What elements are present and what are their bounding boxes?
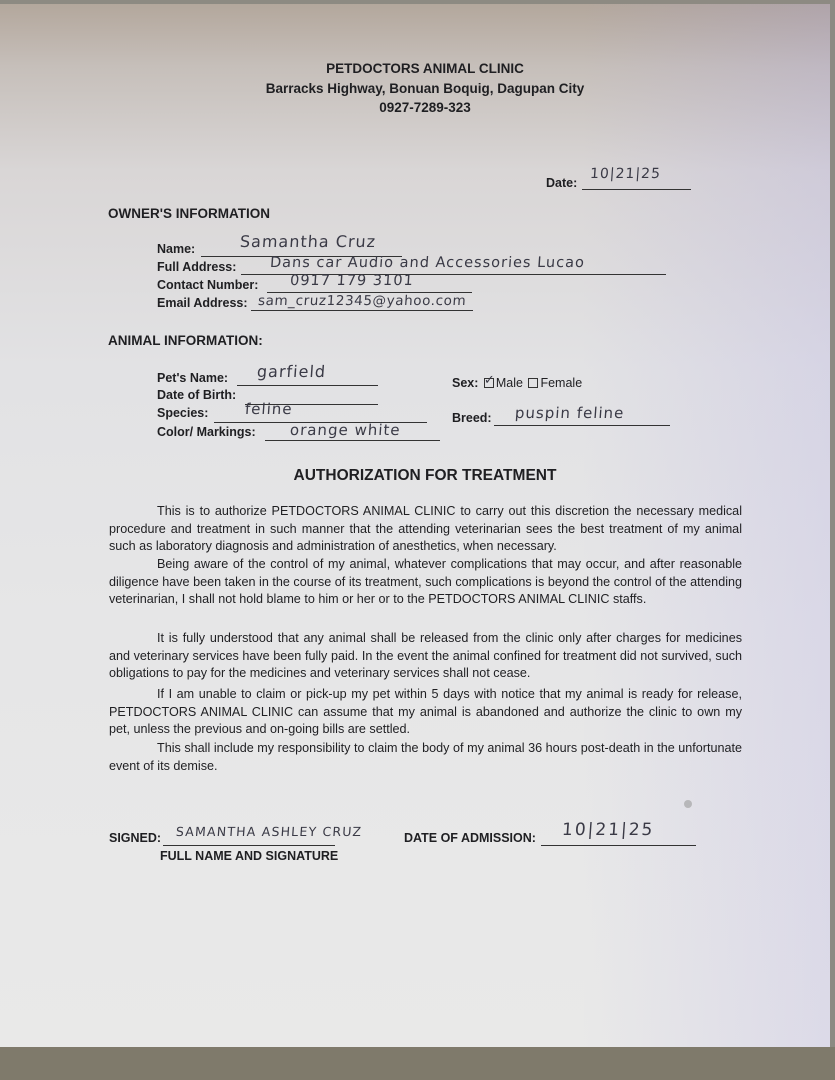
owner-email-line [251, 310, 473, 311]
smudge-mark [684, 800, 692, 808]
date-of-admission-value[interactable]: 10|21|25 [561, 820, 655, 840]
owner-section-title: OWNER'S INFORMATION [108, 206, 270, 221]
authorization-title: AUTHORIZATION FOR TREATMENT [0, 467, 835, 485]
owner-address-value[interactable]: Dans car Audio and Accessories Lucao [269, 255, 585, 271]
date-line [582, 189, 691, 190]
sex-female-label: Female [540, 376, 582, 390]
species-value[interactable]: feline [244, 400, 293, 418]
signature-caption: FULL NAME AND SIGNATURE [160, 849, 338, 863]
species-label: Species: [157, 406, 208, 420]
sex-male-label: Male [496, 376, 523, 390]
background-surface [0, 1047, 835, 1080]
dob-label: Date of Birth: [157, 388, 236, 402]
breed-value[interactable]: puspin feline [514, 404, 625, 422]
owner-contact-value[interactable]: 0917 179 3101 [289, 273, 414, 289]
color-markings-line [265, 440, 440, 441]
clinic-phone: 0927-7289-323 [0, 100, 835, 115]
clinic-address: Barracks Highway, Bonuan Boquig, Dagupan… [0, 81, 835, 96]
sex-label: Sex: [452, 376, 478, 390]
pet-name-line [237, 385, 378, 386]
color-markings-label: Color/ Markings: [157, 425, 256, 439]
animal-section-title: ANIMAL INFORMATION: [108, 333, 263, 348]
owner-contact-label: Contact Number: [157, 278, 258, 292]
date-of-admission-label: DATE OF ADMISSION: [404, 831, 536, 845]
signature-line [163, 845, 335, 846]
owner-name-value[interactable]: Samantha Cruz [239, 232, 376, 251]
clinic-name: PETDOCTORS ANIMAL CLINIC [0, 61, 835, 76]
breed-line [494, 425, 670, 426]
color-markings-value[interactable]: orange white [289, 421, 401, 439]
signed-label: SIGNED: [109, 831, 161, 845]
date-value[interactable]: 10|21|25 [589, 166, 661, 182]
sex-field: Sex: Male Female [452, 376, 582, 390]
owner-email-label: Email Address: [157, 296, 248, 310]
authorization-paragraph-1: This is to authorize PETDOCTORS ANIMAL C… [109, 503, 742, 556]
breed-label: Breed: [452, 411, 492, 425]
owner-name-label: Name: [157, 242, 195, 256]
authorization-paragraph-4: If I am unable to claim or pick-up my pe… [109, 686, 742, 739]
owner-email-value[interactable]: sam_cruz12345@yahoo.com [257, 293, 466, 309]
pet-name-label: Pet's Name: [157, 371, 228, 385]
signature-value[interactable]: SAMANTHA ASHLEY CRUZ [175, 824, 362, 839]
authorization-paragraph-5: This shall include my responsibility to … [109, 740, 742, 775]
owner-address-label: Full Address: [157, 260, 236, 274]
date-label: Date: [546, 176, 577, 190]
authorization-paragraph-2: Being aware of the control of my animal,… [109, 556, 742, 609]
sex-female-checkbox[interactable] [528, 378, 538, 388]
sex-male-checkbox[interactable] [484, 378, 494, 388]
authorization-paragraph-3: It is fully understood that any animal s… [109, 630, 742, 683]
date-of-admission-line [541, 845, 696, 846]
pet-name-value[interactable]: garfield [256, 362, 326, 381]
